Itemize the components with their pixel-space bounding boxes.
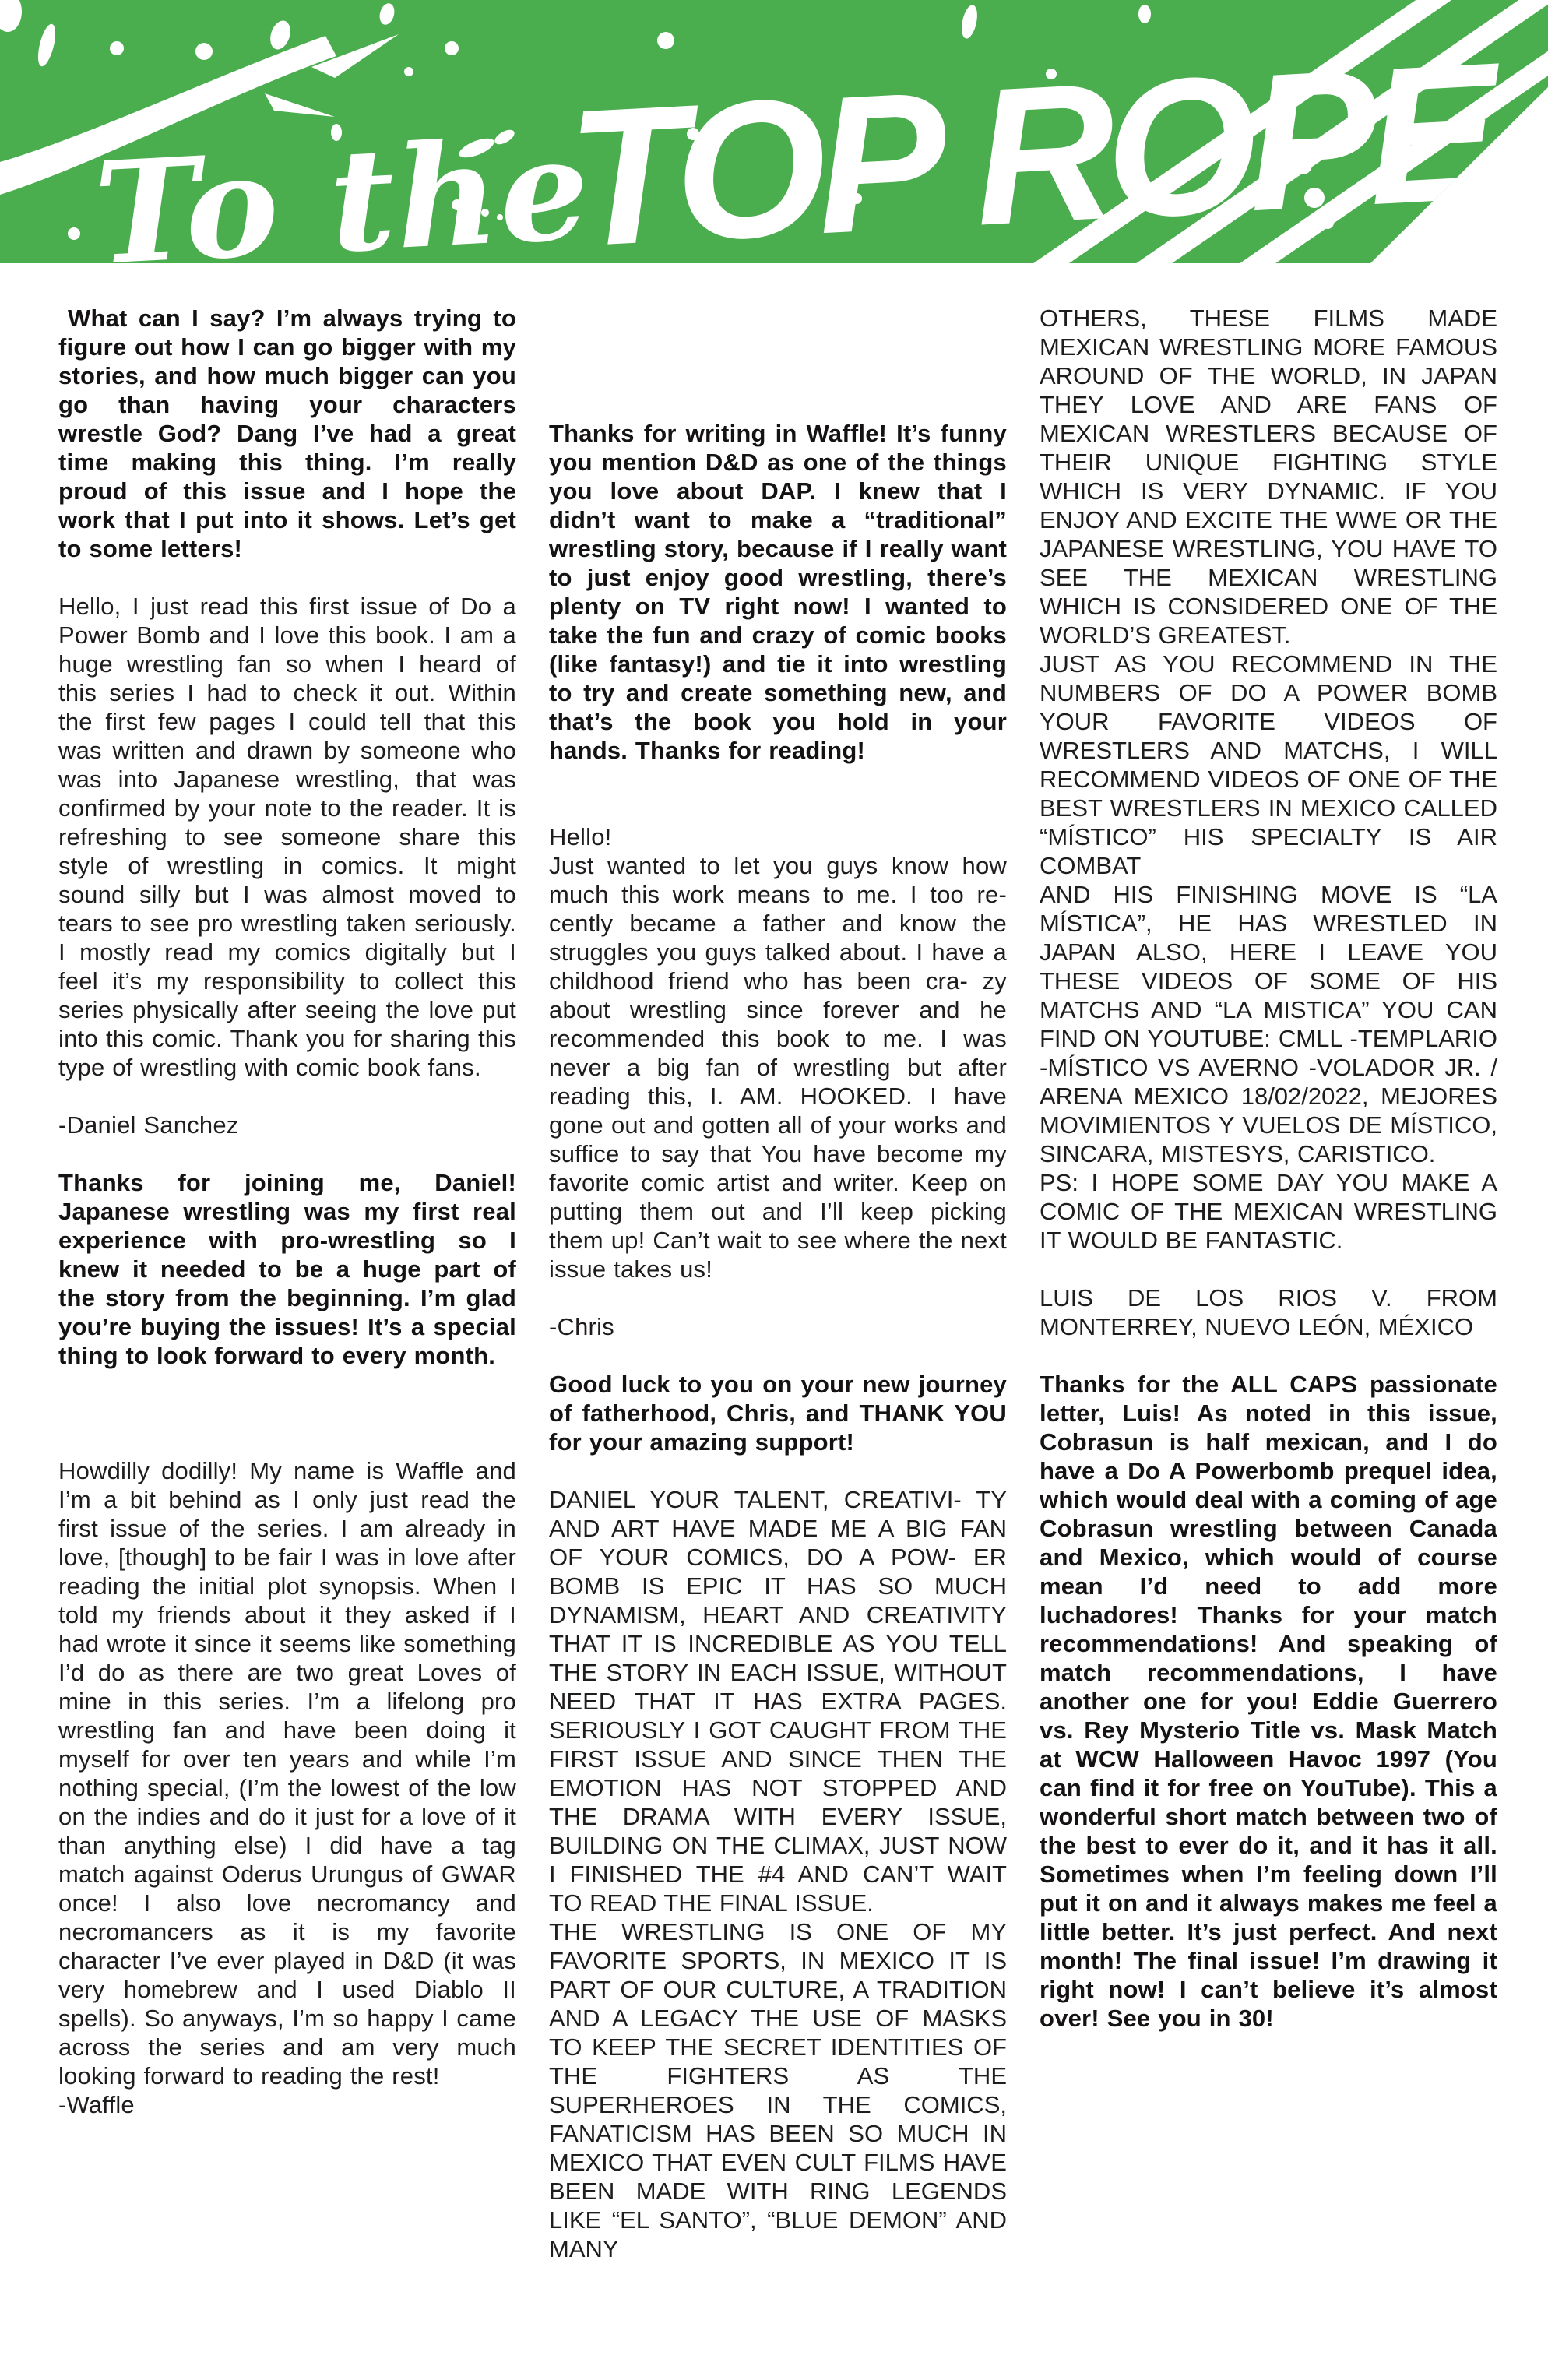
banner-art: To the TOP ROPE <box>0 0 1548 263</box>
letter-signature: -Daniel Sanchez <box>58 1111 516 1139</box>
letter-paragraph: Thanks for writing in Waffle! It’s funny… <box>549 419 1007 765</box>
letter-paragraph: Thanks for joining me, Daniel! Japanese … <box>58 1168 516 1370</box>
letters-columns: What can I say? I’m always trying to fig… <box>58 304 1497 2263</box>
letter-paragraph: Good luck to you on your new journey of … <box>549 1370 1007 1456</box>
page-header-banner: To the TOP ROPE <box>0 0 1548 263</box>
letter-paragraph: PS: I HOPE SOME DAY YOU MAKE A COMIC OF … <box>1040 1168 1497 1255</box>
letter-paragraph: OTHERS, THESE FILMS MADE MEXICAN WRESTLI… <box>1040 304 1497 650</box>
letter-signature: -Waffle <box>58 2090 516 2119</box>
letters-column-right: OTHERS, THESE FILMS MADE MEXICAN WRESTLI… <box>1040 304 1497 2263</box>
letter-paragraph: Howdilly dodilly! My name is Waffle and … <box>58 1456 516 2090</box>
letters-column-left: What can I say? I’m always trying to fig… <box>58 304 516 2263</box>
letters-page: To the TOP ROPE What can I say? I’m alwa… <box>0 0 1548 2380</box>
letter-paragraph: AND HIS FINISHING MOVE IS “LA MÍSTICA”, … <box>1040 880 1497 1168</box>
letter-paragraph: Thanks for the ALL CAPS passionate lette… <box>1040 1370 1497 2033</box>
letter-signature: -Chris <box>549 1312 1007 1341</box>
letter-paragraph: Just wanted to let you guys know how muc… <box>549 851 1007 1283</box>
letter-paragraph: DANIEL YOUR TALENT, CREATIVI- TY AND ART… <box>549 1485 1007 1917</box>
letter-paragraph: JUST AS YOU RECOMMEND IN THE NUMBERS OF … <box>1040 650 1497 880</box>
letter-paragraph: What can I say? I’m always trying to fig… <box>58 304 516 563</box>
letter-paragraph: THE WRESTLING IS ONE OF MY FAVORITE SPOR… <box>549 1917 1007 2263</box>
letter-paragraph: Hello, I just read this first issue of D… <box>58 592 516 1082</box>
banner-title-script: To the <box>91 107 595 263</box>
letters-column-middle: Thanks for writing in Waffle! It’s funny… <box>549 304 1007 2263</box>
letter-paragraph: LUIS DE LOS RIOS V. FROM MONTERREY, NUEV… <box>1040 1283 1497 1341</box>
letter-paragraph: Hello! <box>549 822 1007 851</box>
